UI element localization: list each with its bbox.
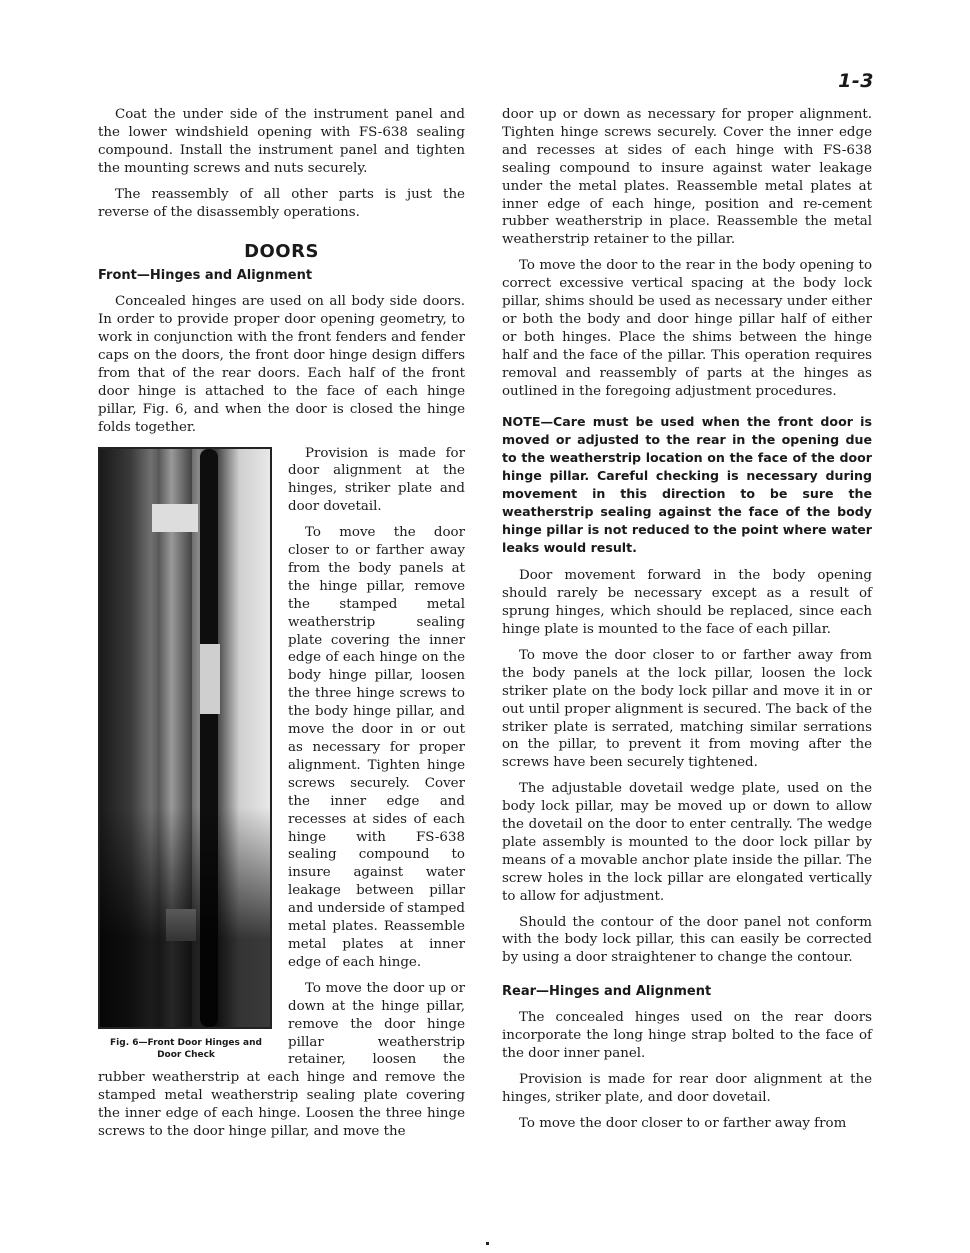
paragraph: Door movement forward in the body openin… (502, 567, 872, 639)
front-door-hinges-photo (98, 447, 272, 1029)
paragraph: The concealed hinges used on the rear do… (502, 1009, 872, 1063)
paragraph: Concealed hinges are used on all body si… (98, 293, 465, 436)
figure-caption: Fig. 6—Front Door Hinges and Door Check (98, 1037, 274, 1061)
left-column: Coat the under side of the instrument pa… (98, 106, 465, 1149)
upper-hinge-shape (152, 504, 198, 532)
paragraph: To move the door closer to or farther aw… (502, 647, 872, 772)
figure-6: Fig. 6—Front Door Hinges and Door Check (98, 447, 274, 1061)
paragraph: To move the door to the rear in the body… (502, 257, 872, 400)
page-mark (486, 1242, 489, 1245)
paragraph: The reassembly of all other parts is jus… (98, 186, 465, 222)
paragraph: The adjustable dovetail wedge plate, use… (502, 780, 872, 905)
subsection-title-front-hinges: Front—Hinges and Alignment (98, 267, 465, 285)
paragraph: Should the contour of the door panel not… (502, 914, 872, 968)
page-number: 1-3 (838, 70, 874, 92)
paragraph: Coat the under side of the instrument pa… (98, 106, 465, 178)
subsection-title-rear-hinges: Rear—Hinges and Alignment (502, 983, 872, 1001)
section-title-doors: DOORS (98, 243, 465, 261)
paragraph: To move the door closer to or farther aw… (502, 1115, 872, 1133)
paragraph: Provision is made for rear door alignmen… (502, 1071, 872, 1107)
paragraph: door up or down as necessary for proper … (502, 106, 872, 249)
right-column: door up or down as necessary for proper … (502, 106, 872, 1141)
photo-shadow (100, 807, 270, 1027)
door-check-shape (200, 644, 220, 714)
note-block: NOTE—Care must be used when the front do… (502, 413, 872, 558)
